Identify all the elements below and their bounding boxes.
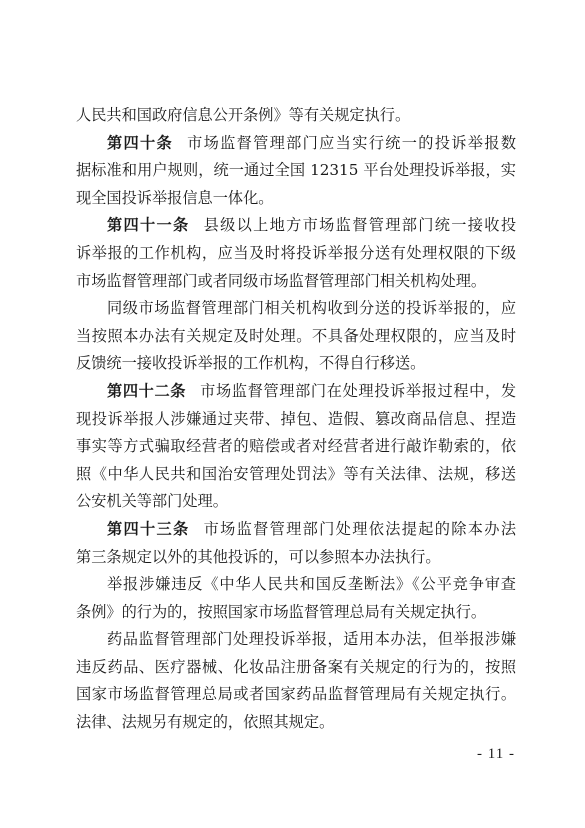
article-heading-line: 第四十条市场监督管理部门应当实行统一的投诉举报数 — [76, 130, 516, 158]
line-text: 国家市场监督管理总局或者国家药品监督管理局有关规定执行。 — [76, 685, 516, 703]
line-text: 药品监督管理部门处理投诉举报，适用本办法，但举报涉嫌 — [107, 630, 516, 648]
line-text: 据标准和用户规则，统一通过全国 12315 平台处理投诉举报，实 — [76, 161, 516, 179]
article-heading-line: 第四十一条县级以上地方市场监督管理部门统一接收投 — [76, 212, 516, 240]
page-number: - 11 - — [477, 746, 515, 763]
line-text: 条例》的行为的，按照国家市场监督管理总局有关规定执行。 — [76, 603, 486, 621]
text-line: 反馈统一接收投诉举报的工作机构，不得自行移送。 — [76, 350, 516, 378]
text-line: 举报涉嫌违反《中华人民共和国反垄断法》《公平竞争审查 — [76, 571, 516, 599]
text-line: 当按照本办法有关规定及时处理。不具备处理权限的，应当及时 — [76, 323, 516, 351]
line-text: 县级以上地方市场监督管理部门统一接收投 — [204, 216, 516, 234]
line-text: 现投诉举报人涉嫌通过夹带、掉包、造假、篡改商品信息、捏造 — [76, 410, 516, 428]
text-line: 据标准和用户规则，统一通过全国 12315 平台处理投诉举报，实 — [76, 157, 516, 185]
line-text: 诉举报的工作机构，应当及时将投诉举报分送有处理权限的下级 — [76, 244, 516, 262]
text-line: 公安机关等部门处理。 — [76, 488, 516, 516]
line-text: 当按照本办法有关规定及时处理。不具备处理权限的，应当及时 — [76, 327, 516, 345]
line-text: 市场监督管理部门在处理投诉举报过程中，发 — [200, 382, 516, 400]
line-text: 事实等方式骗取经营者的赔偿或者对经营者进行敲诈勒索的，依 — [76, 437, 516, 455]
line-text: 违反药品、医疗器械、化妆品注册备案有关规定的行为的，按照 — [76, 658, 516, 676]
text-line: 市场监督管理部门或者同级市场监督管理部门相关机构处理。 — [76, 268, 516, 296]
line-text: 反馈统一接收投诉举报的工作机构，不得自行移送。 — [76, 354, 425, 372]
article-heading-line: 第四十三条市场监督管理部门处理依法提起的除本办法 — [76, 516, 516, 544]
article-number: 第四十二条 — [107, 382, 186, 400]
line-text: 举报涉嫌违反《中华人民共和国反垄断法》《公平竞争审查 — [107, 575, 516, 593]
document-page: 人民共和国政府信息公开条例》等有关规定执行。第四十条市场监督管理部门应当实行统一… — [76, 102, 516, 737]
line-text: 法律、法规另有规定的，依照其规定。 — [76, 713, 334, 731]
text-line: 国家市场监督管理总局或者国家药品监督管理局有关规定执行。 — [76, 681, 516, 709]
text-line: 药品监督管理部门处理投诉举报，适用本办法，但举报涉嫌 — [76, 626, 516, 654]
text-line: 事实等方式骗取经营者的赔偿或者对经营者进行敲诈勒索的，依 — [76, 433, 516, 461]
text-line: 同级市场监督管理部门相关机构收到分送的投诉举报的，应 — [76, 295, 516, 323]
article-number: 第四十条 — [107, 134, 173, 152]
text-line: 人民共和国政府信息公开条例》等有关规定执行。 — [76, 102, 516, 130]
text-line: 条例》的行为的，按照国家市场监督管理总局有关规定执行。 — [76, 599, 516, 627]
line-text: 第三条规定以外的其他投诉的，可以参照本办法执行。 — [76, 548, 441, 566]
text-line: 照《中华人民共和国治安管理处罚法》等有关法律、法规，移送 — [76, 461, 516, 489]
text-line: 诉举报的工作机构，应当及时将投诉举报分送有处理权限的下级 — [76, 240, 516, 268]
line-text: 人民共和国政府信息公开条例》等有关规定执行。 — [76, 106, 410, 124]
line-text: 市场监督管理部门或者同级市场监督管理部门相关机构处理。 — [76, 272, 486, 290]
line-text: 同级市场监督管理部门相关机构收到分送的投诉举报的，应 — [107, 299, 516, 317]
text-line: 违反药品、医疗器械、化妆品注册备案有关规定的行为的，按照 — [76, 654, 516, 682]
line-text: 现全国投诉举报信息一体化。 — [76, 189, 273, 207]
line-text: 市场监督管理部门应当实行统一的投诉举报数 — [187, 134, 516, 152]
text-line: 现全国投诉举报信息一体化。 — [76, 185, 516, 213]
article-number: 第四十三条 — [107, 520, 190, 538]
line-text: 公安机关等部门处理。 — [76, 492, 228, 510]
article-number: 第四十一条 — [107, 216, 190, 234]
line-text: 照《中华人民共和国治安管理处罚法》等有关法律、法规，移送 — [76, 465, 516, 483]
text-line: 现投诉举报人涉嫌通过夹带、掉包、造假、篡改商品信息、捏造 — [76, 406, 516, 434]
text-line: 法律、法规另有规定的，依照其规定。 — [76, 709, 516, 737]
text-line: 第三条规定以外的其他投诉的，可以参照本办法执行。 — [76, 544, 516, 572]
line-text: 市场监督管理部门处理依法提起的除本办法 — [204, 520, 516, 538]
article-heading-line: 第四十二条市场监督管理部门在处理投诉举报过程中，发 — [76, 378, 516, 406]
